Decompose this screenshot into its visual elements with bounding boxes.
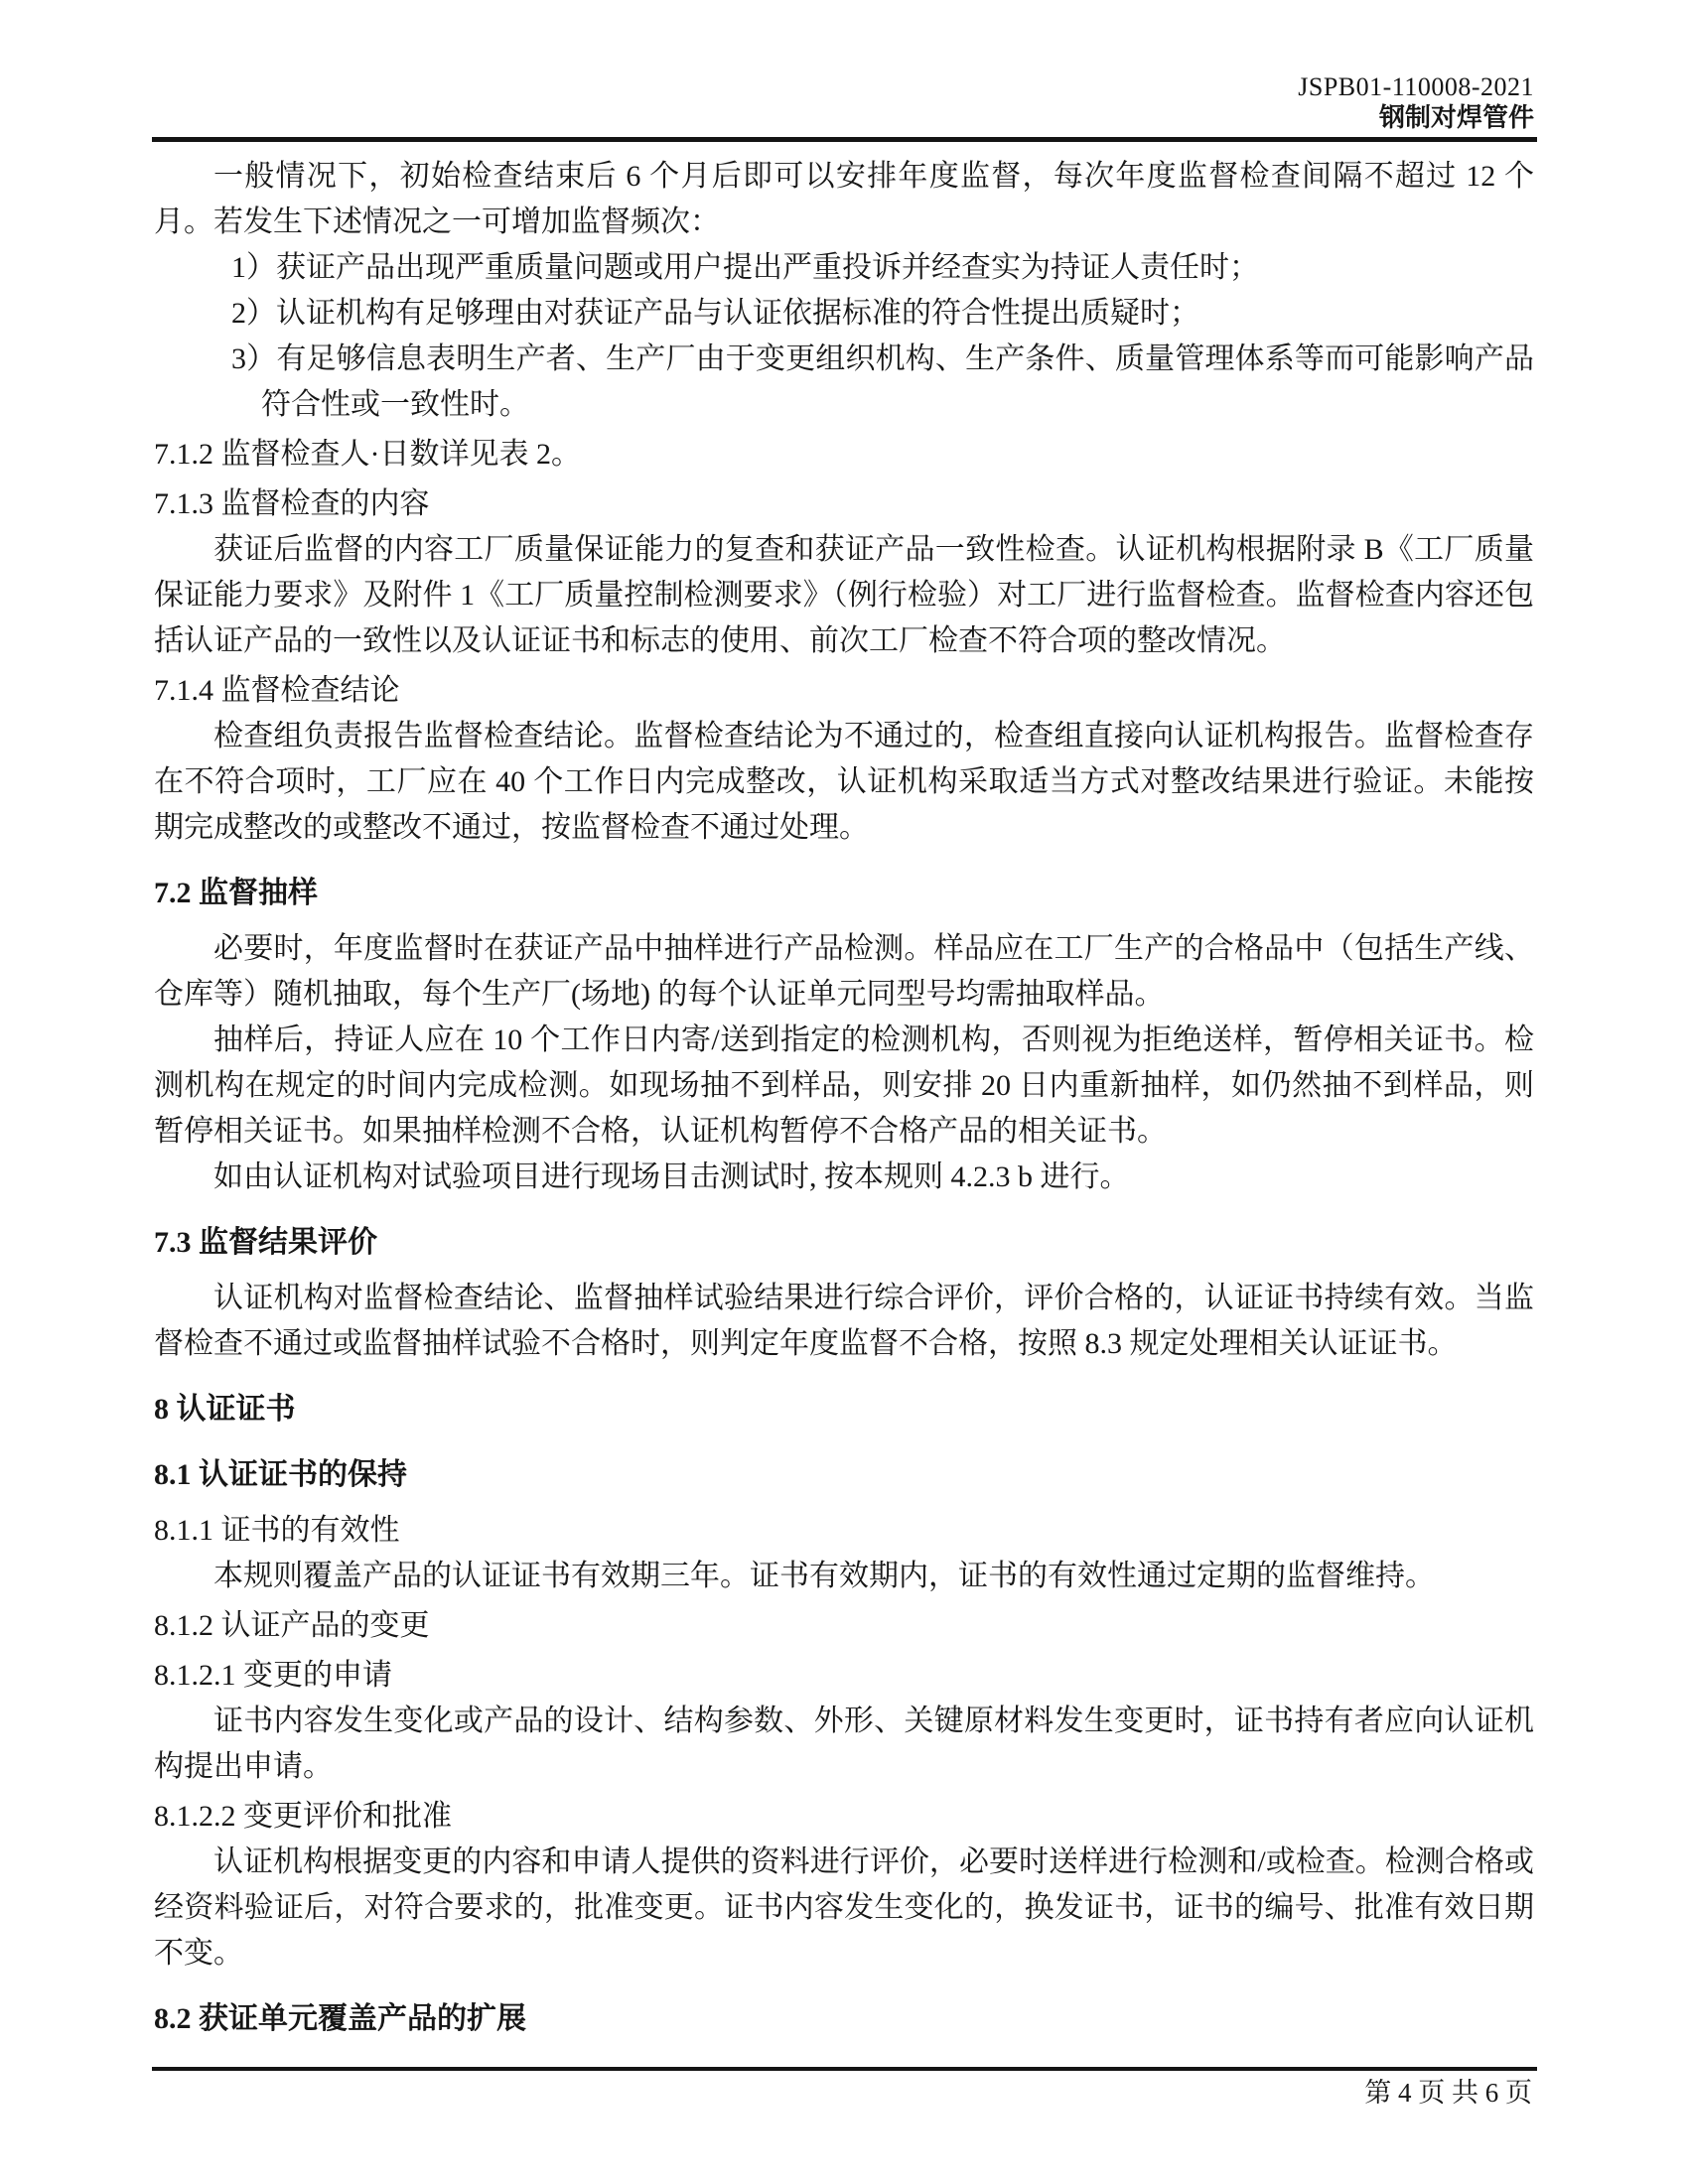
section-heading: 8.1 认证证书的保持 — [154, 1452, 1534, 1498]
sub-clause-heading: 8.1.2.2 变更评价和批准 — [154, 1794, 1534, 1840]
section-heading: 8 认证证书 — [154, 1387, 1534, 1433]
sub-clause-heading: 7.1.2 监督检查人·日数详见表 2。 — [154, 432, 1534, 478]
paragraph: 认证机构对监督检查结论、监督抽样试验结果进行综合评价，评价合格的，认证证书持续有… — [154, 1276, 1534, 1367]
section-heading: 7.2 监督抽样 — [154, 871, 1534, 916]
paragraph: 认证机构根据变更的内容和申请人提供的资料进行评价，必要时送样进行检测和/或检查。… — [154, 1840, 1534, 1977]
page-indicator: 第 4 页 共 6 页 — [1364, 2078, 1532, 2108]
doc-number: JSPB01-110008-2021 — [154, 71, 1534, 102]
sub-clause-heading: 8.1.2.1 变更的申请 — [154, 1653, 1534, 1699]
page-footer: 第 4 页 共 6 页 — [154, 2077, 1532, 2110]
header-rule — [152, 137, 1537, 142]
paragraph: 检查组负责报告监督检查结论。监督检查结论为不通过的，检查组直接向认证机构报告。监… — [154, 714, 1534, 851]
paragraph: 证书内容发生变化或产品的设计、结构参数、外形、关键原材料发生变更时，证书持有者应… — [154, 1699, 1534, 1790]
paragraph: 一般情况下，初始检查结束后 6 个月后即可以安排年度监督，每次年度监督检查间隔不… — [154, 154, 1534, 245]
footer-rule — [152, 2067, 1537, 2071]
paragraph: 必要时，年度监督时在获证产品中抽样进行产品检测。样品应在工厂生产的合格品中（包括… — [154, 926, 1534, 1018]
paragraph: 获证后监督的内容工厂质量保证能力的复查和获证产品一致性检查。认证机构根据附录 B… — [154, 527, 1534, 664]
sub-clause-heading: 7.1.4 监督检查结论 — [154, 668, 1534, 714]
sub-clause-heading: 8.1.2 认证产品的变更 — [154, 1603, 1534, 1649]
document-body: 一般情况下，初始检查结束后 6 个月后即可以安排年度监督，每次年度监督检查间隔不… — [154, 154, 1534, 2052]
doc-title: 钢制对焊管件 — [154, 102, 1534, 133]
sub-clause-heading: 8.1.1 证书的有效性 — [154, 1508, 1534, 1554]
paragraph: 抽样后，持证人应在 10 个工作日内寄/送到指定的检测机构，否则视为拒绝送样，暂… — [154, 1018, 1534, 1155]
paragraph: 本规则覆盖产品的认证证书有效期三年。证书有效期内，证书的有效性通过定期的监督维持… — [154, 1554, 1534, 1599]
list-item: 2）认证机构有足够理由对获证产品与认证依据标准的符合性提出质疑时； — [154, 291, 1534, 337]
section-heading: 7.3 监督结果评价 — [154, 1220, 1534, 1266]
list-item: 1）获证产品出现严重质量问题或用户提出严重投诉并经查实为持证人责任时； — [154, 245, 1534, 291]
document-page: JSPB01-110008-2021 钢制对焊管件 一般情况下，初始检查结束后 … — [0, 0, 1688, 2184]
paragraph: 如由认证机构对试验项目进行现场目击测试时, 按本规则 4.2.3 b 进行。 — [154, 1155, 1534, 1200]
page-header: JSPB01-110008-2021 钢制对焊管件 — [154, 71, 1534, 133]
section-heading: 8.2 获证单元覆盖产品的扩展 — [154, 1996, 1534, 2042]
sub-clause-heading: 7.1.3 监督检查的内容 — [154, 481, 1534, 527]
list-item: 3）有足够信息表明生产者、生产厂由于变更组织机构、生产条件、质量管理体系等而可能… — [154, 337, 1534, 428]
